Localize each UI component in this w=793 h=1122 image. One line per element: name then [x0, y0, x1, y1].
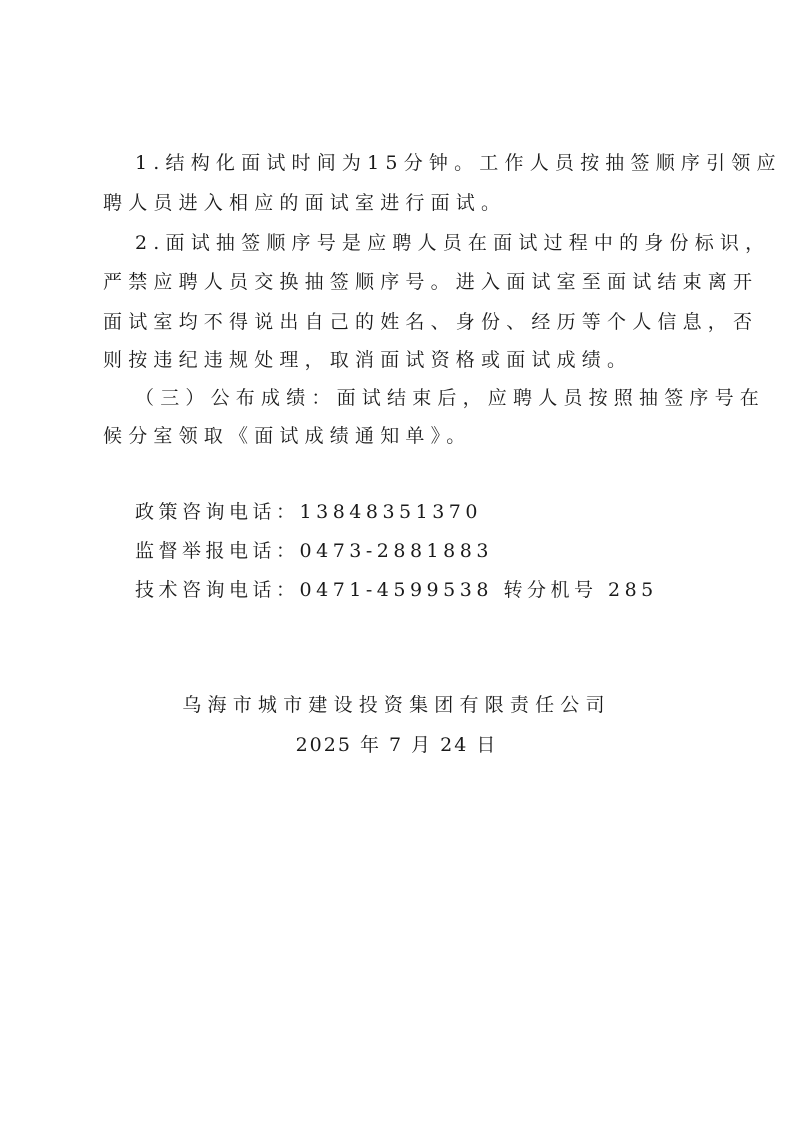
paragraph-section-3-line-1: （三）公布成绩：面试结束后，应聘人员按照抽签序号在 [135, 386, 765, 410]
paragraph-item-2-line-1: 2.面试抽签顺序号是应聘人员在面试过程中的身份标识， [135, 231, 770, 255]
paragraph-item-2-line-4: 则按违纪违规处理，取消面试资格或面试成绩。 [103, 348, 632, 372]
paragraph-item-1-line-2: 聘人员进入相应的面试室进行面试。 [103, 191, 506, 215]
signature-organization: 乌海市城市建设投资集团有限责任公司 [0, 693, 793, 717]
paragraph-section-3-line-2: 候分室领取《面试成绩通知单》。 [103, 424, 472, 448]
contact-supervision-phone: 监督举报电话：0473-2881883 [135, 539, 493, 563]
paragraph-item-1-line-1: 1.结构化面试时间为15分钟。工作人员按抽签顺序引领应 [135, 151, 782, 175]
document-page: 1.结构化面试时间为15分钟。工作人员按抽签顺序引领应 聘人员进入相应的面试室进… [0, 0, 793, 1122]
contact-value: 13848351370 [300, 501, 482, 523]
contact-policy-phone: 政策咨询电话：13848351370 [135, 500, 482, 524]
signature-date: 2025 年 7 月 24 日 [0, 733, 793, 757]
contact-label: 监督举报电话： [135, 540, 300, 562]
contact-label: 技术咨询电话： [135, 579, 300, 601]
contact-technical-phone: 技术咨询电话：0471-4599538 转分机号 285 [135, 578, 658, 602]
paragraph-item-2-line-2: 严禁应聘人员交换抽签顺序号。进入面试室至面试结束离开 [103, 270, 758, 294]
paragraph-item-2-line-3: 面试室均不得说出自己的姓名、身份、经历等个人信息，否 [103, 310, 758, 334]
contact-value: 0473-2881883 [300, 540, 493, 562]
contact-label: 政策咨询电话： [135, 501, 300, 523]
contact-value: 0471-4599538 转分机号 285 [300, 579, 658, 601]
